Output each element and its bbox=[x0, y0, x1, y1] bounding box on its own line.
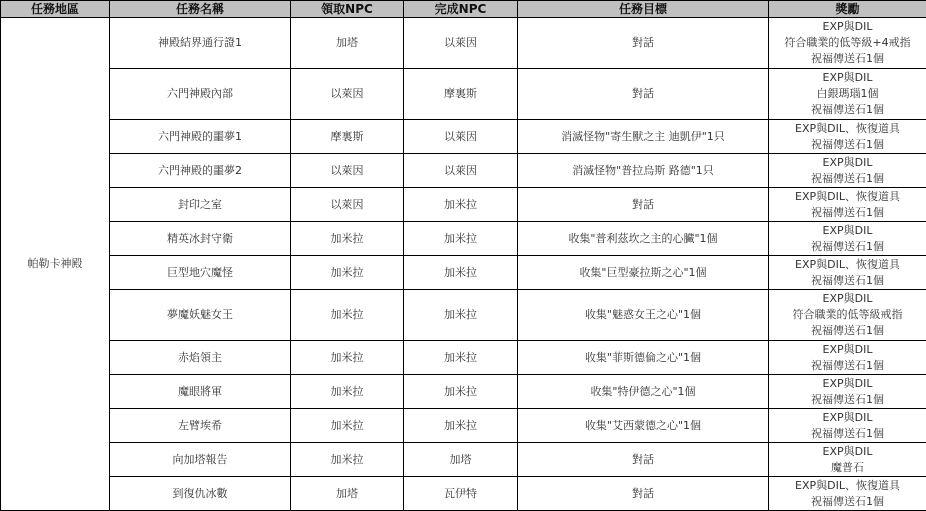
end-npc-cell: 加米拉 bbox=[404, 188, 518, 222]
reward-line: 白銀瑪瑙1個 bbox=[769, 86, 926, 102]
rewards-cell: EXP與DIL 符合職業的低等級+4戒指 祝福傳送石1個 bbox=[769, 18, 926, 69]
table-row: 巨型地穴魔怪 加米拉 加米拉 收集"巨型豪拉斯之心"1個 EXP與DIL、恢復道… bbox=[1, 256, 926, 290]
rewards-cell: EXP與DIL、恢復道具 祝福傳送石1個 bbox=[769, 256, 926, 290]
quest-name-cell: 向加塔報告 bbox=[110, 443, 291, 477]
start-npc-cell: 以萊因 bbox=[291, 69, 404, 120]
end-npc-cell: 加米拉 bbox=[404, 290, 518, 341]
end-npc-cell: 加米拉 bbox=[404, 375, 518, 409]
table-row: 夢魔妖魅女王 加米拉 加米拉 收集"魅惑女王之心"1個 EXP與DIL 符合職業… bbox=[1, 290, 926, 341]
header-quest-name: 任務名稱 bbox=[110, 1, 291, 18]
reward-line: EXP與DIL bbox=[769, 376, 926, 392]
quest-table: 任務地區 任務名稱 領取NPC 完成NPC 任務目標 獎勵 帕勒卡神殿 神殿結界… bbox=[0, 0, 926, 511]
rewards-cell: EXP與DIL 祝福傳送石1個 bbox=[769, 409, 926, 443]
objective-cell: 收集"魅惑女王之心"1個 bbox=[518, 290, 769, 341]
start-npc-cell: 加米拉 bbox=[291, 222, 404, 256]
end-npc-cell: 以萊因 bbox=[404, 18, 518, 69]
objective-cell: 對話 bbox=[518, 477, 769, 511]
reward-line: EXP與DIL、恢復道具 bbox=[769, 478, 926, 494]
header-rewards: 獎勵 bbox=[769, 1, 926, 18]
quest-name-cell: 六門神殿內部 bbox=[110, 69, 291, 120]
header-end-npc: 完成NPC bbox=[404, 1, 518, 18]
end-npc-cell: 以萊因 bbox=[404, 154, 518, 188]
reward-line: EXP與DIL bbox=[769, 342, 926, 358]
objective-cell: 收集"菲斯德倫之心"1個 bbox=[518, 341, 769, 375]
end-npc-cell: 瓦伊特 bbox=[404, 477, 518, 511]
start-npc-cell: 加米拉 bbox=[291, 443, 404, 477]
header-region: 任務地區 bbox=[1, 1, 110, 18]
reward-line: EXP與DIL bbox=[769, 291, 926, 307]
table-row: 帕勒卡神殿 神殿結界通行證1 加塔 以萊因 對話 EXP與DIL 符合職業的低等… bbox=[1, 18, 926, 69]
table-row: 封印之室 以萊因 加米拉 對話 EXP與DIL、恢復道具 祝福傳送石1個 bbox=[1, 188, 926, 222]
reward-line: 符合職業的低等級戒指 bbox=[769, 307, 926, 323]
objective-cell: 對話 bbox=[518, 443, 769, 477]
table-row: 赤焰領主 加米拉 加米拉 收集"菲斯德倫之心"1個 EXP與DIL 祝福傳送石1… bbox=[1, 341, 926, 375]
reward-line: EXP與DIL bbox=[769, 155, 926, 171]
reward-line: 祝福傳送石1個 bbox=[769, 137, 926, 153]
table-row: 六門神殿的噩夢1 摩裏斯 以萊因 消滅怪物"寄生獸之主 迪凱伊"1只 EXP與D… bbox=[1, 120, 926, 154]
end-npc-cell: 加米拉 bbox=[404, 256, 518, 290]
reward-line: EXP與DIL、恢復道具 bbox=[769, 257, 926, 273]
table-row: 六門神殿的噩夢2 以萊因 以萊因 消滅怪物"普拉烏斯 路德"1只 EXP與DIL… bbox=[1, 154, 926, 188]
objective-cell: 收集"巨型豪拉斯之心"1個 bbox=[518, 256, 769, 290]
rewards-cell: EXP與DIL 祝福傳送石1個 bbox=[769, 222, 926, 256]
end-npc-cell: 以萊因 bbox=[404, 120, 518, 154]
start-npc-cell: 加塔 bbox=[291, 477, 404, 511]
objective-cell: 對話 bbox=[518, 69, 769, 120]
reward-line: 符合職業的低等級+4戒指 bbox=[769, 35, 926, 51]
start-npc-cell: 以萊因 bbox=[291, 154, 404, 188]
end-npc-cell: 加塔 bbox=[404, 443, 518, 477]
start-npc-cell: 摩裏斯 bbox=[291, 120, 404, 154]
rewards-cell: EXP與DIL 符合職業的低等級戒指 祝福傳送石1個 bbox=[769, 290, 926, 341]
table-row: 左臂埃希 加米拉 加米拉 收集"艾西蒙德之心"1個 EXP與DIL 祝福傳送石1… bbox=[1, 409, 926, 443]
table-row: 到復仇冰數 加塔 瓦伊特 對話 EXP與DIL、恢復道具 祝福傳送石1個 bbox=[1, 477, 926, 511]
quest-name-cell: 左臂埃希 bbox=[110, 409, 291, 443]
reward-line: 祝福傳送石1個 bbox=[769, 358, 926, 374]
end-npc-cell: 加米拉 bbox=[404, 341, 518, 375]
quest-name-cell: 精英冰封守衛 bbox=[110, 222, 291, 256]
reward-line: 魔普石 bbox=[769, 460, 926, 476]
objective-cell: 消滅怪物"寄生獸之主 迪凱伊"1只 bbox=[518, 120, 769, 154]
objective-cell: 收集"艾西蒙德之心"1個 bbox=[518, 409, 769, 443]
reward-line: EXP與DIL bbox=[769, 70, 926, 86]
rewards-cell: EXP與DIL 祝福傳送石1個 bbox=[769, 154, 926, 188]
start-npc-cell: 加米拉 bbox=[291, 256, 404, 290]
objective-cell: 對話 bbox=[518, 18, 769, 69]
reward-line: 祝福傳送石1個 bbox=[769, 239, 926, 255]
objective-cell: 對話 bbox=[518, 188, 769, 222]
rewards-cell: EXP與DIL 祝福傳送石1個 bbox=[769, 375, 926, 409]
region-cell: 帕勒卡神殿 bbox=[1, 18, 110, 511]
quest-name-cell: 封印之室 bbox=[110, 188, 291, 222]
start-npc-cell: 加米拉 bbox=[291, 409, 404, 443]
quest-name-cell: 神殿結界通行證1 bbox=[110, 18, 291, 69]
reward-line: 祝福傳送石1個 bbox=[769, 494, 926, 510]
objective-cell: 消滅怪物"普拉烏斯 路德"1只 bbox=[518, 154, 769, 188]
quest-name-cell: 夢魔妖魅女王 bbox=[110, 290, 291, 341]
end-npc-cell: 加米拉 bbox=[404, 222, 518, 256]
header-row: 任務地區 任務名稱 領取NPC 完成NPC 任務目標 獎勵 bbox=[1, 1, 926, 18]
end-npc-cell: 摩裏斯 bbox=[404, 69, 518, 120]
table-row: 魔眼將軍 加米拉 加米拉 收集"特伊德之心"1個 EXP與DIL 祝福傳送石1個 bbox=[1, 375, 926, 409]
start-npc-cell: 加米拉 bbox=[291, 375, 404, 409]
rewards-cell: EXP與DIL 魔普石 bbox=[769, 443, 926, 477]
start-npc-cell: 以萊因 bbox=[291, 188, 404, 222]
start-npc-cell: 加塔 bbox=[291, 18, 404, 69]
rewards-cell: EXP與DIL、恢復道具 祝福傳送石1個 bbox=[769, 120, 926, 154]
quest-name-cell: 赤焰領主 bbox=[110, 341, 291, 375]
rewards-cell: EXP與DIL 祝福傳送石1個 bbox=[769, 341, 926, 375]
reward-line: 祝福傳送石1個 bbox=[769, 323, 926, 339]
header-start-npc: 領取NPC bbox=[291, 1, 404, 18]
quest-name-cell: 巨型地穴魔怪 bbox=[110, 256, 291, 290]
reward-line: 祝福傳送石1個 bbox=[769, 102, 926, 118]
start-npc-cell: 加米拉 bbox=[291, 341, 404, 375]
quest-name-cell: 到復仇冰數 bbox=[110, 477, 291, 511]
reward-line: EXP與DIL bbox=[769, 223, 926, 239]
reward-line: EXP與DIL bbox=[769, 410, 926, 426]
reward-line: EXP與DIL、恢復道具 bbox=[769, 189, 926, 205]
reward-line: EXP與DIL、恢復道具 bbox=[769, 121, 926, 137]
start-npc-cell: 加米拉 bbox=[291, 290, 404, 341]
reward-line: EXP與DIL bbox=[769, 444, 926, 460]
header-objective: 任務目標 bbox=[518, 1, 769, 18]
reward-line: 祝福傳送石1個 bbox=[769, 205, 926, 221]
rewards-cell: EXP與DIL、恢復道具 祝福傳送石1個 bbox=[769, 188, 926, 222]
objective-cell: 收集"特伊德之心"1個 bbox=[518, 375, 769, 409]
reward-line: 祝福傳送石1個 bbox=[769, 171, 926, 187]
end-npc-cell: 加米拉 bbox=[404, 409, 518, 443]
table-row: 精英冰封守衛 加米拉 加米拉 收集"普利茲坎之主的心臟"1個 EXP與DIL 祝… bbox=[1, 222, 926, 256]
reward-line: 祝福傳送石1個 bbox=[769, 392, 926, 408]
reward-line: EXP與DIL bbox=[769, 19, 926, 35]
objective-cell: 收集"普利茲坎之主的心臟"1個 bbox=[518, 222, 769, 256]
table-row: 六門神殿內部 以萊因 摩裏斯 對話 EXP與DIL 白銀瑪瑙1個 祝福傳送石1個 bbox=[1, 69, 926, 120]
rewards-cell: EXP與DIL 白銀瑪瑙1個 祝福傳送石1個 bbox=[769, 69, 926, 120]
quest-name-cell: 六門神殿的噩夢2 bbox=[110, 154, 291, 188]
table-row: 向加塔報告 加米拉 加塔 對話 EXP與DIL 魔普石 bbox=[1, 443, 926, 477]
reward-line: 祝福傳送石1個 bbox=[769, 51, 926, 67]
quest-name-cell: 六門神殿的噩夢1 bbox=[110, 120, 291, 154]
reward-line: 祝福傳送石1個 bbox=[769, 426, 926, 442]
rewards-cell: EXP與DIL、恢復道具 祝福傳送石1個 bbox=[769, 477, 926, 511]
reward-line: 祝福傳送石1個 bbox=[769, 273, 926, 289]
quest-name-cell: 魔眼將軍 bbox=[110, 375, 291, 409]
